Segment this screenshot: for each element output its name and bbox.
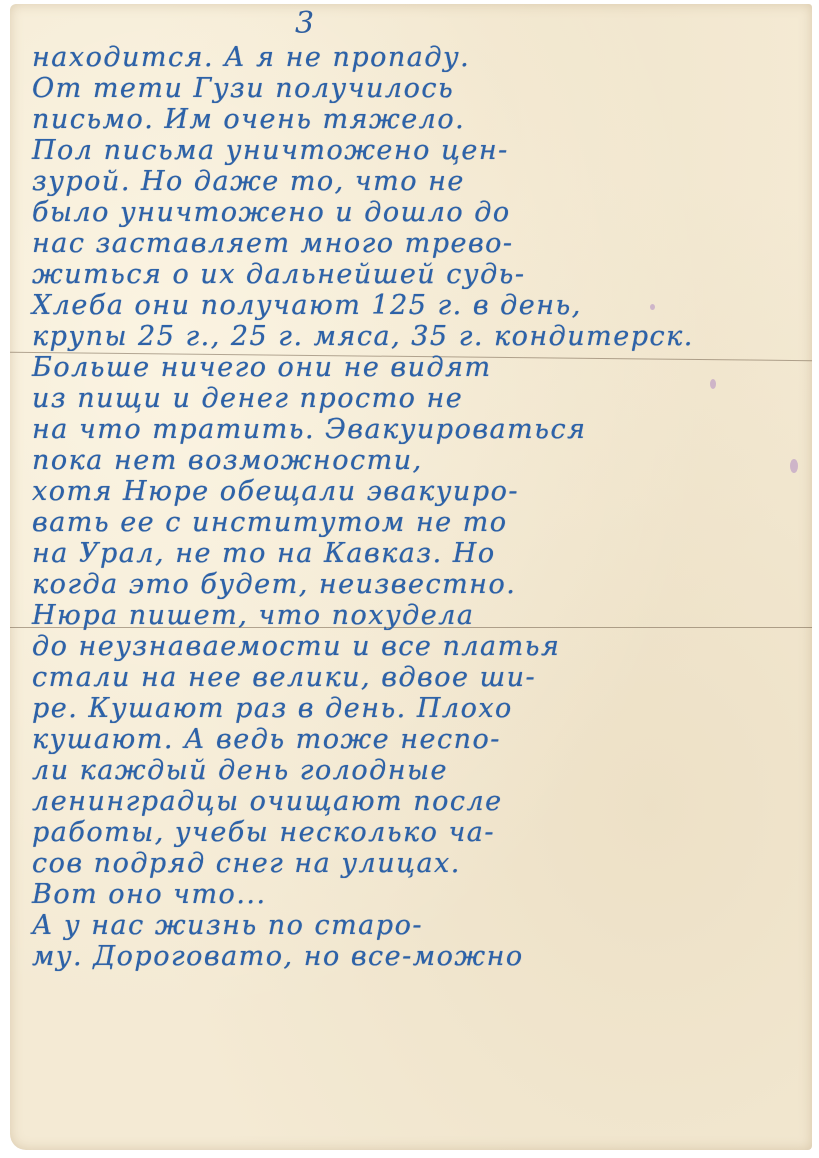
text-line: находится. А я не пропаду.	[32, 42, 807, 73]
text-line: Нюра пишет, что похудела	[32, 600, 807, 631]
text-line: когда это будет, неизвестно.	[32, 569, 807, 600]
text-line: Больше ничего они не видят	[32, 352, 807, 383]
text-line: Хлеба они получают 125 г. в день,	[32, 290, 807, 321]
text-line: му. Дороговато, но все-можно	[32, 941, 807, 972]
text-line: Пол письма уничтожено цен-	[32, 135, 807, 166]
text-line: стали на нее велики, вдвое ши-	[32, 662, 807, 693]
text-line: ленинградцы очищают после	[32, 786, 807, 817]
text-line: От тети Гузи получилось	[32, 73, 807, 104]
text-line: житься о их дальнейшей судь-	[32, 259, 807, 290]
text-line: крупы 25 г., 25 г. мяса, 35 г. кондитерс…	[32, 321, 807, 352]
text-line: до неузнаваемости и все платья	[32, 631, 807, 662]
handwritten-text: находится. А я не пропаду. От тети Гузи …	[32, 42, 807, 972]
text-line: на что тратить. Эвакуироваться	[32, 414, 807, 445]
text-line: на Урал, не то на Кавказ. Но	[32, 538, 807, 569]
text-line: Вот оно что...	[32, 879, 807, 910]
text-line: из пищи и денег просто не	[32, 383, 807, 414]
page-number: 3	[295, 6, 314, 41]
text-line: письмо. Им очень тяжело.	[32, 104, 807, 135]
text-line: зурой. Но даже то, что не	[32, 166, 807, 197]
text-line: работы, учебы несколько ча-	[32, 817, 807, 848]
text-line: пока нет возможности,	[32, 445, 807, 476]
text-line: хотя Нюре обещали эвакуиро-	[32, 476, 807, 507]
text-line: вать ее с институтом не то	[32, 507, 807, 538]
text-line: сов подряд снег на улицах.	[32, 848, 807, 879]
text-line: ре. Кушают раз в день. Плохо	[32, 693, 807, 724]
letter-page: 3 находится. А я не пропаду. От тети Гуз…	[10, 4, 812, 1150]
text-line: кушают. А ведь тоже неспо-	[32, 724, 807, 755]
text-line: А у нас жизнь по старо-	[32, 910, 807, 941]
text-line: ли каждый день голодные	[32, 755, 807, 786]
text-line: было уничтожено и дошло до	[32, 197, 807, 228]
text-line: нас заставляет много трево-	[32, 228, 807, 259]
